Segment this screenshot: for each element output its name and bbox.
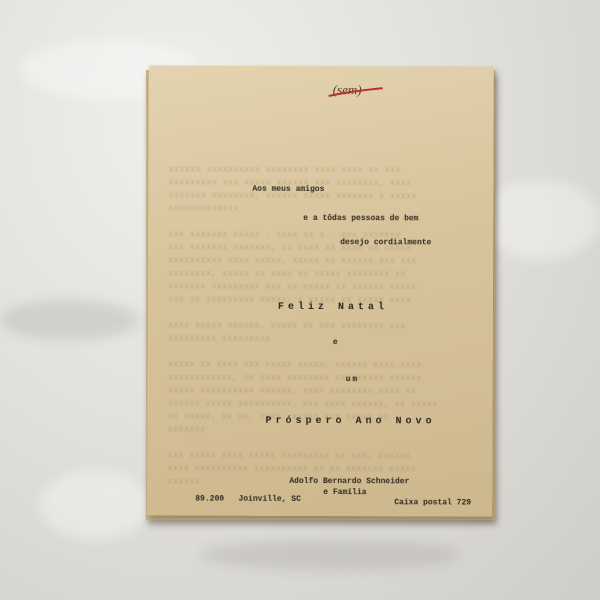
sender-family: e Família <box>323 488 366 497</box>
handwritten-red-mark: (sem) <box>327 78 387 102</box>
article-um: um <box>346 375 360 384</box>
sender-name: Adolfo Bernardo Schneider <box>289 477 409 486</box>
greeting-line-1: Aos meus amigos <box>252 185 324 194</box>
greeting-line-2: e a tôdas pessoas de bem <box>303 214 418 223</box>
wish-prospero-ano-novo: Próspero Ano Novo <box>266 416 436 428</box>
greeting-line-3: desejo cordialmente <box>340 238 431 247</box>
postal-code-city: 89.200 Joinville, SC <box>195 495 301 504</box>
cloth-fold <box>0 300 140 340</box>
wish-feliz-natal: Feliz Natal <box>278 302 388 313</box>
conjunction-e: e <box>333 338 338 347</box>
cloth-fold <box>200 540 460 570</box>
po-box: Caixa postal 729 <box>394 498 471 507</box>
cloth-fold <box>40 470 150 540</box>
bleed-through-text: xxxxxx xxxxxxxxxx xxxxxxxx xxxx xxxx xx … <box>147 150 513 491</box>
greeting-card: xxxxxx xxxxxxxxxx xxxxxxxx xxxx xxxx xx … <box>147 65 494 516</box>
